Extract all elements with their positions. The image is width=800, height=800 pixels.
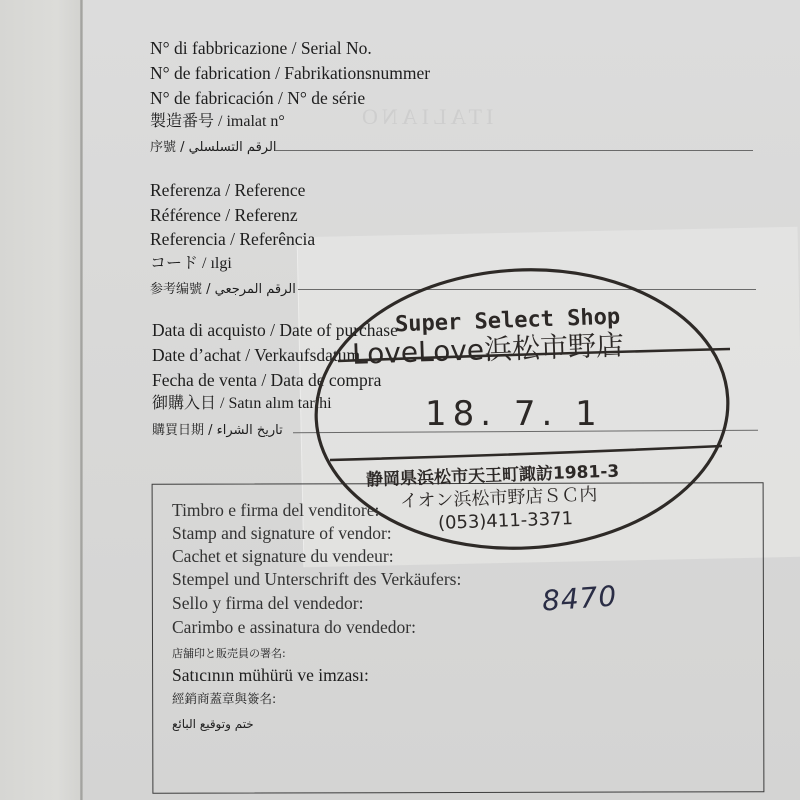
reference-label-es-pt: Referencia / Referência — [150, 231, 315, 249]
reference-label-fr-de: Référence / Referenz — [150, 207, 298, 225]
serial-label-it-en: N° di fabbricazione / Serial No. — [150, 40, 372, 58]
date-label-fr-de: Date d’achat / Verkaufsdatum — [152, 347, 360, 365]
serial-label-ja-tr: 製造番号 / imalat n° — [150, 114, 285, 130]
vendor-label-es: Sello y firma del vendedor: — [172, 595, 363, 613]
date-label-ja-tr: 御購入日 / Satın alım tarihi — [152, 396, 332, 412]
vendor-label-de: Stempel und Unterschrift des Verkäufers: — [172, 571, 461, 589]
date-label-es-pt: Fecha de venta / Data de compra — [152, 372, 381, 390]
vendor-label-ja: 店舗印と販売員の署名: — [172, 648, 286, 659]
reference-label-it-en: Referenza / Reference — [150, 182, 305, 200]
vendor-label-it: Timbro e firma del venditore: — [172, 502, 379, 520]
serial-label-es-pt: N° de fabricación / N° de série — [150, 90, 365, 108]
vendor-label-pt: Carimbo e assinatura do vendedor: — [172, 619, 416, 637]
vendor-label-ar: ختم وتوقيع البائع — [172, 718, 254, 730]
date-label-zh-ar: 購買日期 / تاريخ الشراء — [152, 424, 283, 437]
serial-label-zh-ar: 序號 / الرقم التسلسلي — [150, 141, 277, 154]
reference-field[interactable] — [298, 289, 756, 290]
reference-label-ja-tr: コード / ılgi — [150, 256, 232, 272]
show-through-text: ITALIANO — [358, 104, 493, 130]
vendor-label-en: Stamp and signature of vendor: — [172, 525, 392, 543]
facing-page — [0, 0, 82, 800]
serial-number-field[interactable] — [275, 150, 753, 151]
vendor-label-fr: Cachet et signature du vendeur: — [172, 548, 394, 566]
handwritten-signature: 8470 — [541, 579, 618, 617]
vendor-label-tr: Satıcının mühürü ve imzası: — [172, 667, 369, 685]
vendor-label-zh: 經銷商蓋章與簽名: — [172, 693, 276, 706]
reference-label-zh-ar: 参考编號 / الرقم المرجعي — [150, 283, 296, 296]
date-label-it-en: Data di acquisto / Date of purchase — [152, 322, 398, 340]
serial-label-fr-de: N° de fabrication / Fabrikationsnummer — [150, 65, 430, 83]
